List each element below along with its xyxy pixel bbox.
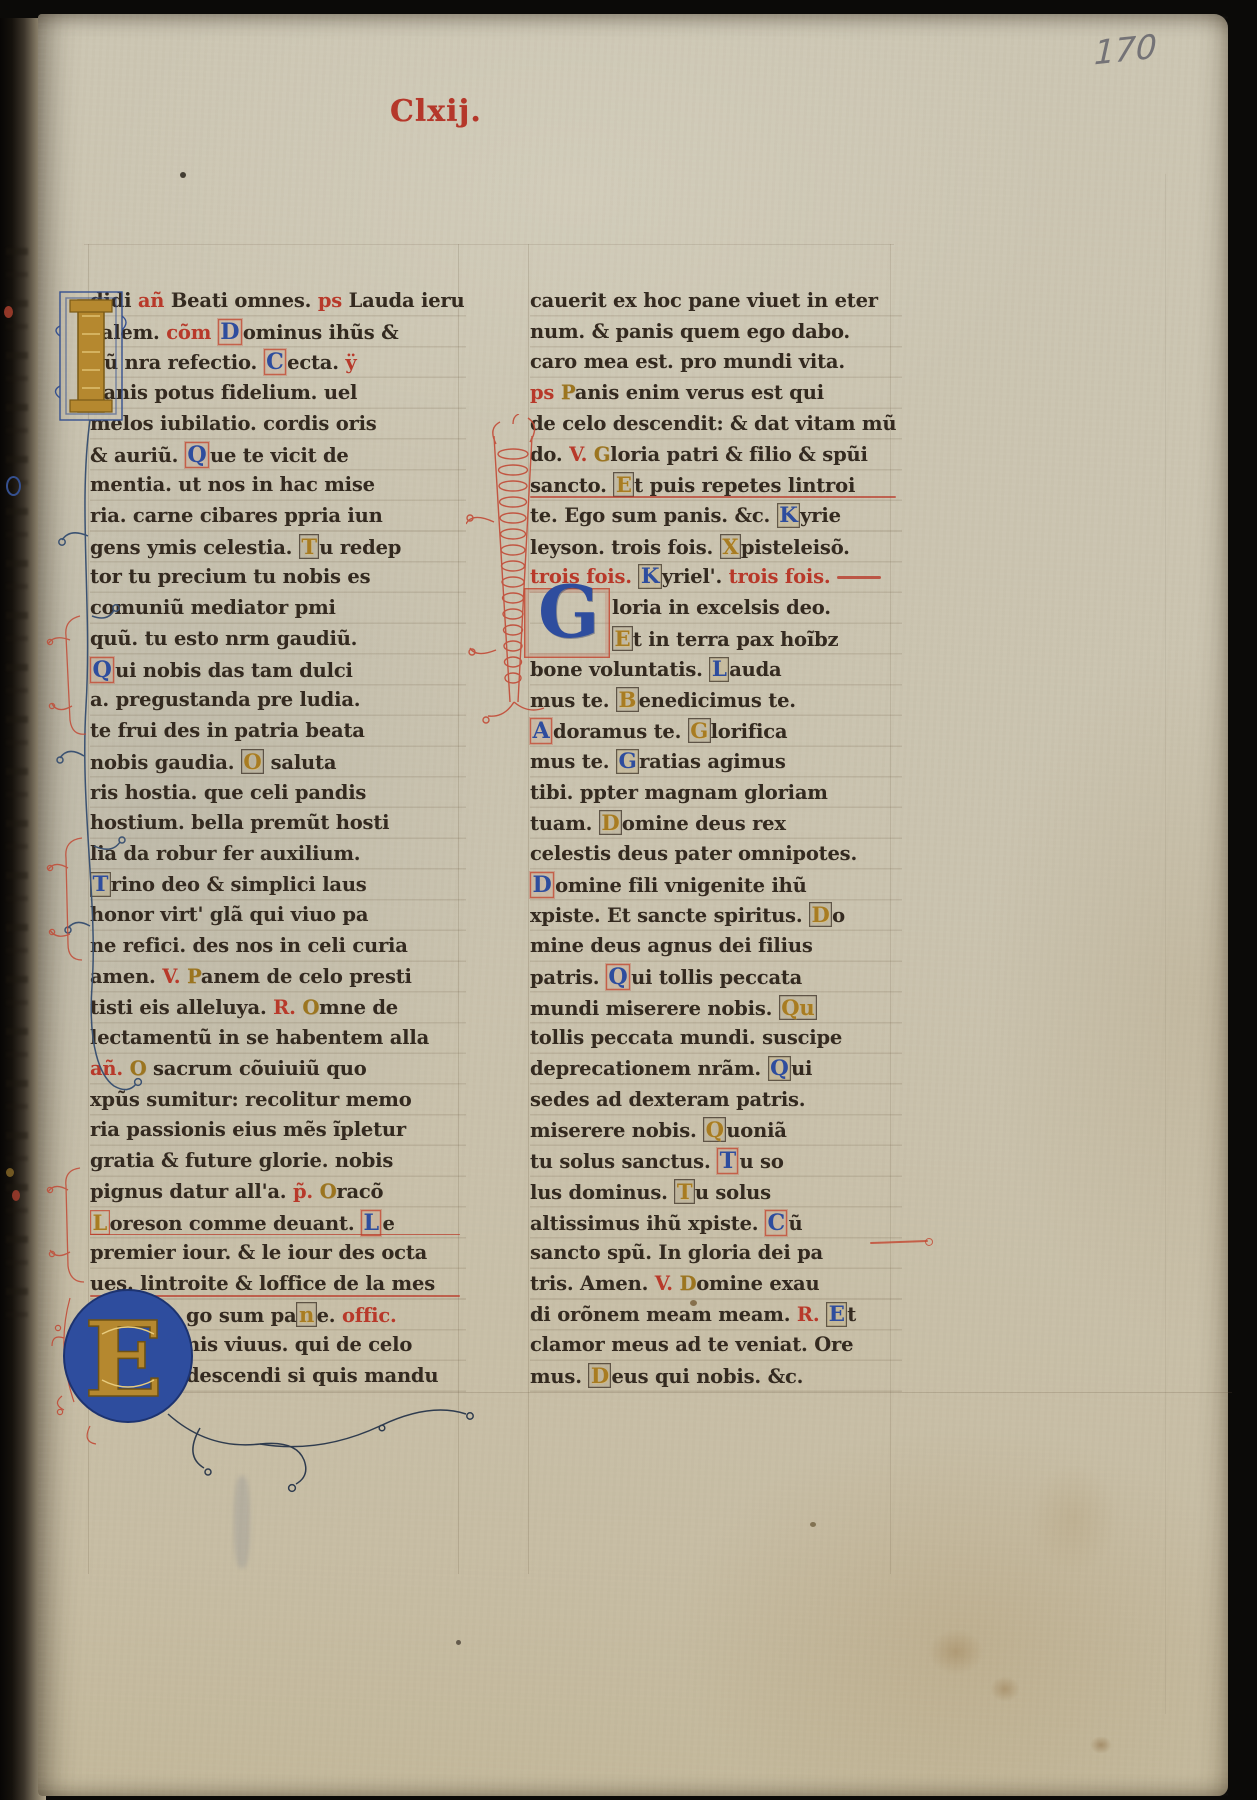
decorated-initial: O — [241, 749, 264, 774]
manuscript-line: nis viuus. qui de celo — [90, 1330, 466, 1361]
ruling-line-horizontal — [84, 1392, 1232, 1393]
manuscript-line: mus te. Gratias agimus — [530, 747, 902, 778]
body-text: sancto. — [530, 474, 613, 497]
decorated-initial: E — [612, 626, 633, 651]
decorated-initial: B — [616, 687, 639, 712]
body-text: ominus ihũs & — [243, 321, 399, 344]
left-text-column: didi añ Beati omnes. ps Lauda ierusalem.… — [90, 286, 466, 1392]
body-text: te frui des in patria beata — [90, 719, 365, 742]
body-text: ui tollis peccata — [631, 966, 802, 989]
body-text: u redep — [319, 536, 401, 559]
manuscript-line: añ. O sacrum cõuiuiũ quo — [90, 1054, 466, 1085]
manuscript-line: hostium. bella premũt hosti — [90, 808, 466, 839]
decorated-initial: L — [361, 1210, 381, 1236]
body-text: yriel'. — [662, 565, 729, 588]
body-text: comuniũ mediator pmi — [90, 596, 336, 619]
body-text: celestis deus pater omnipotes. — [530, 842, 857, 865]
manuscript-line: Qui nobis das tam dulci — [90, 655, 466, 686]
body-text: lus dominus. — [530, 1181, 674, 1204]
body-text: rino deo & simplici laus — [111, 873, 367, 896]
gloria-initial-g: G — [524, 588, 610, 658]
manuscript-line: a. pregustanda pre ludia. — [90, 685, 466, 716]
manuscript-line: deprecationem nrãm. Qui — [530, 1054, 902, 1085]
rubric-text: p̃. — [293, 1180, 320, 1203]
body-text: tris. Amen. — [530, 1272, 655, 1295]
body-text: descendi si quis mandu — [186, 1364, 438, 1387]
manuscript-line: mundi miserere nobis. Qu — [530, 993, 902, 1024]
decorated-initial: T — [299, 534, 319, 559]
decorated-initial — [837, 576, 881, 579]
body-text: u solus — [695, 1181, 771, 1204]
body-text: patris. — [530, 966, 606, 989]
decorated-initial: D — [809, 902, 832, 927]
body-text: yrie — [800, 504, 841, 527]
body-text: hostium. bella premũt hosti — [90, 811, 389, 834]
manuscript-line: cauerit ex hoc pane viuet in eter — [530, 286, 902, 317]
body-text: mus te. — [530, 750, 616, 773]
manuscript-line: bone voluntatis. Lauda — [530, 655, 902, 686]
manuscript-line: mus te. Benedicimus te. — [530, 685, 902, 716]
gloria-initial-letter: G — [538, 576, 600, 648]
body-text: t — [847, 1303, 856, 1326]
body-text: oreson comme deuant. — [110, 1212, 361, 1235]
manuscript-line: sancto spũ. In gloria dei pa — [530, 1238, 902, 1269]
underpage-blue-initial — [6, 476, 21, 496]
body-text: auda — [729, 658, 781, 681]
body-text: amen. — [90, 965, 162, 988]
decorated-initial: D — [599, 810, 622, 835]
manuscript-line: gratia & future glorie. nobis — [90, 1146, 466, 1177]
manuscript-line: didi añ Beati omnes. ps Lauda ieru — [90, 286, 466, 317]
manuscript-line: go sum pane. offic. — [90, 1300, 466, 1331]
decorated-initial: L — [90, 1210, 110, 1235]
manuscript-line: tris. Amen. V. Domine exau — [530, 1269, 902, 1300]
body-text: premier iour. & le iour des octa — [90, 1241, 427, 1264]
body-text: tu solus sanctus. — [530, 1150, 717, 1173]
manuscript-line: sedes ad dexteram patris. — [530, 1085, 902, 1116]
decorated-initial: E — [613, 472, 634, 497]
manuscript-line: tisti eis alleluya. R. Omne de — [90, 993, 466, 1024]
body-text: mine deus agnus dei filius — [530, 934, 813, 957]
decorated-initial: D — [588, 1363, 611, 1388]
manuscript-line: di orõnem meam meam. R. Et — [530, 1300, 902, 1331]
body-text: eus qui nobis. — [611, 1365, 767, 1388]
body-text: xpiste. Et sancte spiritus. — [530, 904, 809, 927]
manuscript-line: salem. cõm Dominus ihũs & — [90, 317, 466, 348]
manuscript-line: sancto. Et puis repetes lintroi — [530, 470, 902, 501]
body-text: D — [679, 1272, 696, 1295]
manuscript-line: Adoramus te. Glorifica — [530, 716, 902, 747]
body-text: caro mea est. pro mundi vita. — [530, 350, 845, 373]
manuscript-line: quũ. tu esto nrm gaudiũ. — [90, 624, 466, 655]
manuscript-line: panis potus fidelium. uel — [90, 378, 466, 409]
body-text: O — [130, 1057, 147, 1080]
manuscript-line: lus dominus. Tu solus — [530, 1177, 902, 1208]
manuscript-line: hũ nra refectio. Cecta. ÿ — [90, 347, 466, 378]
body-text: bone voluntatis. — [530, 658, 709, 681]
body-text: nis viuus. qui de celo — [186, 1333, 412, 1356]
body-text: xpũs sumitur: recolitur memo — [90, 1088, 412, 1111]
body-text: o — [832, 904, 845, 927]
body-text: e. — [317, 1304, 342, 1327]
manuscript-line: celestis deus pater omnipotes. — [530, 839, 902, 870]
body-text: ui — [791, 1057, 812, 1080]
body-text: tollis peccata mundi. suscipe — [530, 1026, 842, 1049]
manuscript-line: te frui des in patria beata — [90, 716, 466, 747]
body-text: ũ — [788, 1212, 802, 1235]
body-text: deprecationem nrãm. — [530, 1057, 768, 1080]
decorated-initial: E — [826, 1302, 847, 1327]
manuscript-line: mine deus agnus dei filius — [530, 931, 902, 962]
manuscript-line: patris. Qui tollis peccata — [530, 962, 902, 993]
body-text: tibi. ppter magnam gloriam — [530, 781, 828, 804]
body-text: anis enim verus est qui — [575, 381, 824, 404]
rubric-text: V. — [655, 1272, 680, 1295]
body-text: ria. carne cibares ppria iun — [90, 504, 383, 527]
ruling-line-horizontal — [84, 244, 894, 245]
body-text: omine deus rex — [622, 812, 786, 835]
decorated-initial: L — [709, 657, 729, 682]
body-text: honor virt' glã qui viuo pa — [90, 903, 368, 926]
body-text: ecta. — [287, 351, 345, 374]
decorated-initial: T — [674, 1179, 694, 1204]
body-text: racõ — [336, 1180, 383, 1203]
underpage-red-mark2 — [12, 1190, 20, 1201]
body-text: lectamentũ in se habentem alla — [90, 1026, 429, 1049]
body-text: doramus te. — [553, 720, 688, 743]
rubric-text: V. — [569, 443, 594, 466]
body-text: tisti eis alleluya. — [90, 996, 273, 1019]
decorated-initial: Q — [703, 1117, 726, 1142]
body-text: tuam. — [530, 812, 599, 835]
body-text: mus. — [530, 1365, 588, 1388]
rubric-text: R. — [273, 996, 302, 1019]
body-text: lia da robur fer auxilium. — [90, 842, 360, 865]
manuscript-line: do. V. Gloria patri & filio & spũi — [530, 440, 902, 471]
manuscript-line: leyson. trois fois. Xpisteleisõ. — [530, 532, 902, 563]
right-text-column: cauerit ex hoc pane viuet in eternum. & … — [530, 286, 902, 1392]
body-text: didi — [90, 289, 138, 312]
manuscript-line: pignus datur all'a. p̃. Oracõ — [90, 1177, 466, 1208]
decorated-initial: n — [296, 1302, 316, 1327]
body-text: loria in excelsis deo. — [612, 596, 831, 619]
manuscript-line: lectamentũ in se habentem alla — [90, 1023, 466, 1054]
ink-speck — [456, 1640, 461, 1645]
decorated-initial: G — [688, 718, 711, 743]
decorated-initial: G — [616, 749, 639, 774]
body-text: t puis repetes lintroi — [634, 474, 855, 497]
body-text: O — [320, 1180, 337, 1203]
body-text: num. & panis quem ego dabo. — [530, 320, 850, 343]
body-text: ues. lintroite & loffice de la mes — [90, 1272, 435, 1295]
manuscript-line: clamor meus ad te veniat. Ore — [530, 1330, 902, 1361]
body-text: ratias agimus — [639, 750, 786, 773]
body-text: pisteleisõ. — [741, 536, 850, 559]
body-text: clamor meus ad te veniat. Ore — [530, 1333, 853, 1356]
decorated-initial: D — [530, 872, 554, 898]
body-text: pignus datur all'a. — [90, 1180, 293, 1203]
decorated-initial: T — [90, 872, 111, 897]
manuscript-line: descendi si quis mandu — [90, 1361, 466, 1392]
body-text: go sum pa — [186, 1304, 296, 1327]
body-text: altissimus ihũ xpiste. — [530, 1212, 765, 1235]
manuscript-line: de celo descendit: & dat vitam mũ — [530, 409, 902, 440]
body-text: di orõnem meam meam. — [530, 1303, 797, 1326]
manuscript-line: mentia. ut nos in hac mise — [90, 470, 466, 501]
body-text: O — [302, 996, 319, 1019]
rubric-text: offic. — [342, 1304, 397, 1327]
body-text: gratia & future glorie. nobis — [90, 1149, 393, 1172]
decorated-initial: C — [264, 349, 286, 375]
manuscript-line: amen. V. Panem de celo presti — [90, 962, 466, 993]
body-text: e — [382, 1212, 394, 1235]
body-text: melos iubilatio. cordis oris — [90, 412, 377, 435]
rubric-text: R. — [797, 1303, 826, 1326]
underpage-text-fragments — [6, 248, 28, 1328]
body-text: omine exau — [696, 1272, 819, 1295]
body-text: lorifica — [711, 720, 788, 743]
manuscript-line: comuniũ mediator pmi — [90, 593, 466, 624]
body-text: miserere nobis. — [530, 1119, 703, 1142]
ruling-line-vertical — [1165, 174, 1166, 1714]
manuscript-line: ria passionis eius mẽs ĩpletur — [90, 1115, 466, 1146]
body-text: Lauda ieru — [349, 289, 465, 312]
manuscript-line: premier iour. & le iour des octa — [90, 1238, 466, 1269]
manuscript-line: melos iubilatio. cordis oris — [90, 409, 466, 440]
page-heading: Clxij. — [390, 94, 482, 129]
decorated-initial: Qu — [779, 995, 817, 1020]
body-text: Beati omnes. — [171, 289, 318, 312]
manuscript-line: Loreson comme deuant. Le — [90, 1208, 466, 1239]
manuscript-line: ps Panis enim verus est qui — [530, 378, 902, 409]
body-text: saluta — [264, 751, 336, 774]
underpage-red-mark — [4, 306, 13, 318]
smudge — [234, 1476, 250, 1568]
body-text: gens ymis celestia. — [90, 536, 299, 559]
parchment-page: Clxij. 170 didi añ Beati omnes. ps Lauda… — [38, 14, 1228, 1796]
stain — [1090, 1736, 1112, 1754]
manuscript-line: num. & panis quem ego dabo. — [530, 317, 902, 348]
manuscript-line: caro mea est. pro mundi vita. — [530, 347, 902, 378]
body-text: de celo descendit: & dat vitam mũ — [530, 412, 896, 435]
body-text: cauerit ex hoc pane viuet in eter — [530, 289, 878, 312]
body-text: nobis gaudia. — [90, 751, 241, 774]
body-text: anem de celo presti — [201, 965, 412, 988]
body-text: sancto spũ. In gloria dei pa — [530, 1241, 823, 1264]
body-text: ui nobis das tam dulci — [115, 659, 353, 682]
rubric-text: cõm — [166, 321, 218, 344]
body-text: ue te vicit de — [210, 444, 349, 467]
manuscript-line: xpũs sumitur: recolitur memo — [90, 1085, 466, 1116]
rubric-text: añ — [138, 289, 171, 312]
body-text: omine fili vnigenite ihũ — [555, 874, 807, 897]
manuscript-line: ues. lintroite & loffice de la mes — [90, 1269, 466, 1300]
decorated-initial: T — [717, 1148, 738, 1174]
manuscript-line: tollis peccata mundi. suscipe — [530, 1023, 902, 1054]
body-text: uoniã — [726, 1119, 786, 1142]
body-text: ria passionis eius mẽs ĩpletur — [90, 1118, 406, 1141]
decorated-initial: K — [638, 564, 661, 589]
photo-backdrop: Clxij. 170 didi añ Beati omnes. ps Lauda… — [0, 0, 1257, 1800]
body-text: & auriũ. — [90, 444, 185, 467]
decorated-initial: X — [720, 534, 741, 559]
body-text: tor tu precium tu nobis es — [90, 565, 370, 588]
body-text: ne refici. des nos in celi curia — [90, 934, 408, 957]
decorated-initial: Q — [90, 657, 114, 683]
decorated-initial: D — [218, 319, 242, 345]
body-text: loria patri & filio & spũi — [610, 443, 867, 466]
body-text: mundi miserere nobis. — [530, 997, 779, 1020]
body-text: enedicimus te. — [639, 689, 796, 712]
manuscript-line: gens ymis celestia. Tu redep — [90, 532, 466, 563]
manuscript-line: ne refici. des nos in celi curia — [90, 931, 466, 962]
ink-speck — [810, 1522, 816, 1527]
manuscript-line: tu solus sanctus. Tu so — [530, 1146, 902, 1177]
body-text: t in terra pax hoĩbz — [633, 628, 839, 651]
body-text: salem. — [90, 321, 166, 344]
body-text: do. — [530, 443, 569, 466]
manuscript-line: miserere nobis. Quoniã — [530, 1115, 902, 1146]
rubric-text: ps — [318, 289, 349, 312]
manuscript-line: Domine fili vnigenite ihũ — [530, 870, 902, 901]
manuscript-line: tuam. Domine deus rex — [530, 808, 902, 839]
body-text: P — [561, 381, 575, 404]
body-text: te. Ego sum panis. &c. — [530, 504, 777, 527]
ink-speck — [180, 172, 186, 178]
manuscript-line: Trino deo & simplici laus — [90, 870, 466, 901]
manuscript-line: tor tu precium tu nobis es — [90, 562, 466, 593]
decorated-initial: K — [777, 503, 800, 528]
body-text: u so — [739, 1150, 783, 1173]
body-text: mne de — [319, 996, 398, 1019]
rubric-text: ps — [530, 381, 561, 404]
rubric-text: V. — [162, 965, 187, 988]
body-text: panis potus fidelium. uel — [90, 381, 357, 404]
manuscript-line: honor virt' glã qui viuo pa — [90, 900, 466, 931]
decorated-initial: Q — [606, 964, 630, 990]
decorated-initial: A — [530, 718, 552, 744]
stain — [990, 1676, 1020, 1702]
body-text: mentia. ut nos in hac mise — [90, 473, 375, 496]
rubric-text: ÿ — [345, 351, 356, 374]
manuscript-line: & auriũ. Que te vicit de — [90, 440, 466, 471]
body-text: hũ nra refectio. — [90, 351, 264, 374]
body-text: ris hostia. que celi pandis — [90, 781, 366, 804]
rubric-text: añ. — [90, 1057, 130, 1080]
rubric-text: trois fois. — [729, 565, 831, 588]
body-text: a. pregustanda pre ludia. — [90, 688, 360, 711]
folio-number: 170 — [1093, 27, 1157, 73]
body-text: sacrum cõuiuiũ quo — [146, 1057, 366, 1080]
ruling-line-vertical — [528, 244, 529, 1574]
manuscript-line: mus. Deus qui nobis. &c. — [530, 1361, 902, 1392]
body-text: mus te. — [530, 689, 616, 712]
body-text: &c. — [768, 1365, 804, 1388]
stain — [1028, 1464, 1118, 1574]
stain — [928, 1629, 984, 1675]
manuscript-line: nobis gaudia. O saluta — [90, 747, 466, 778]
manuscript-line: ria. carne cibares ppria iun — [90, 501, 466, 532]
decorated-initial: Q — [185, 442, 209, 468]
manuscript-line: te. Ego sum panis. &c. Kyrie — [530, 501, 902, 532]
decorated-initial: C — [765, 1210, 787, 1236]
manuscript-line: xpiste. Et sancte spiritus. Do — [530, 900, 902, 931]
body-text: P — [187, 965, 201, 988]
manuscript-line: altissimus ihũ xpiste. Cũ — [530, 1208, 902, 1239]
body-text: quũ. tu esto nrm gaudiũ. — [90, 627, 357, 650]
body-text: sedes ad dexteram patris. — [530, 1088, 805, 1111]
body-text: G — [594, 443, 610, 466]
manuscript-line: lia da robur fer auxilium. — [90, 839, 466, 870]
underpage-gold-mark — [6, 1168, 14, 1177]
ruling-line-vertical — [88, 244, 89, 1574]
manuscript-line: tibi. ppter magnam gloriam — [530, 778, 902, 809]
decorated-initial: Q — [768, 1056, 791, 1081]
body-text: leyson. trois fois. — [530, 536, 720, 559]
manuscript-line: ris hostia. que celi pandis — [90, 778, 466, 809]
